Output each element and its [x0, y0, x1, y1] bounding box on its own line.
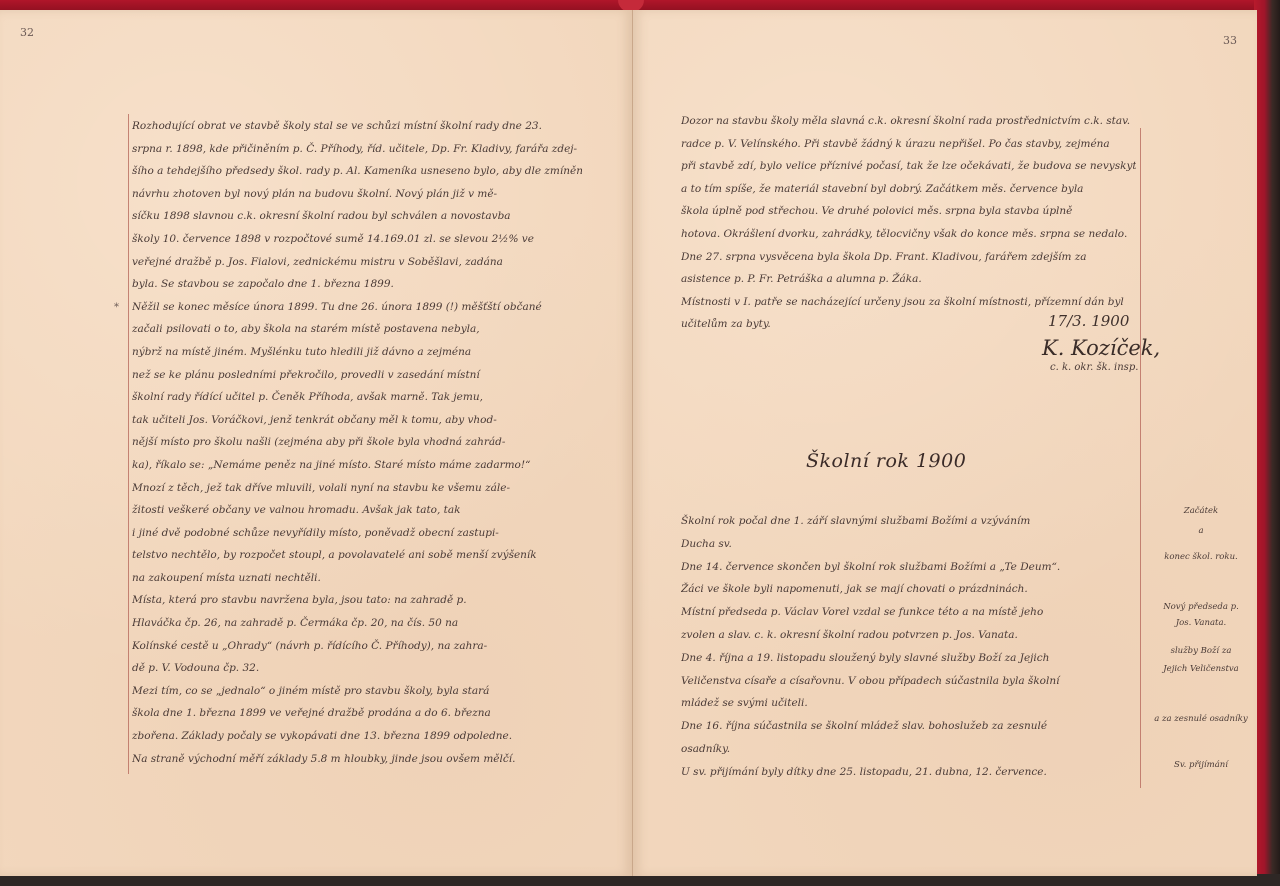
text-line: nýbrž na místě jiném. Myšlénku tuto hled… [132, 341, 582, 364]
signature-title: c. k. okr. šk. insp. [1050, 362, 1138, 373]
text-line: Mezi tím, co se „jednalo“ o jiném místě … [132, 680, 582, 703]
text-line: U sv. přijímání byly dítky dne 25. listo… [681, 761, 1136, 784]
text-line: školy 10. července 1898 v rozpočtové sum… [132, 228, 582, 251]
margin-note: Začátek [1146, 506, 1256, 516]
text-line: zvolen a slav. c. k. okresní školní rado… [681, 624, 1136, 647]
margin-note: Sv. přijímání [1146, 760, 1256, 770]
text-line: škola dne 1. března 1899 ve veřejné draž… [132, 702, 582, 725]
text-line: Rozhodující obrat ve stavbě školy stal s… [132, 115, 582, 138]
text-line: veřejné dražbě p. Jos. Fialovi, zednické… [132, 251, 582, 274]
text-line: Ducha sv. [681, 533, 1136, 556]
book-cover-right-edge [1254, 0, 1280, 886]
right-page-text-bottom: Školní rok počal dne 1. září slavnými sl… [681, 510, 1136, 784]
text-line: návrhu zhotoven byl nový plán na budovu … [132, 183, 582, 206]
text-line: i jiné dvě podobné schůze nevyřídily mís… [132, 522, 582, 545]
text-line: Hlaváčka čp. 26, na zahradě p. Čermáka č… [132, 612, 582, 635]
text-line: srpna r. 1898, kde přičiněním p. Č. Příh… [132, 138, 582, 161]
text-line: žitosti veškeré občany ve valnou hromadu… [132, 499, 582, 522]
margin-note: a [1146, 526, 1256, 536]
text-line: a to tím spíše, že materiál stavební byl… [681, 178, 1136, 201]
text-line: než se ke plánu posledními překročilo, p… [132, 364, 582, 387]
text-line: osadníky. [681, 738, 1136, 761]
margin-note: a za zesnulé osadníky [1146, 714, 1256, 724]
text-line: radce p. V. Velínského. Při stavbě žádný… [681, 133, 1136, 156]
right-page-text-top: Dozor na stavbu školy měla slavná c.k. o… [681, 110, 1136, 336]
right-page: 33 Dozor na stavbu školy měla slavná c.k… [633, 10, 1257, 876]
text-line: ka), říkalo se: „Nemáme peněz na jiné mí… [132, 454, 582, 477]
left-page-text: Rozhodující obrat ve stavbě školy stal s… [132, 115, 582, 770]
text-line: Místa, která pro stavbu navržena byla, j… [132, 589, 582, 612]
text-line: školní rady řídící učitel p. Čeněk Přího… [132, 386, 582, 409]
text-line: Místnosti v I. patře se nacházející urče… [681, 291, 1136, 314]
margin-note: konec škol. roku. [1146, 552, 1256, 562]
left-margin-rule [128, 114, 129, 774]
text-line: Dne 14. července skončen byl školní rok … [681, 556, 1136, 579]
text-line: byla. Se stavbou se započalo dne 1. břez… [132, 273, 582, 296]
page-number-left: 32 [20, 26, 34, 39]
text-line: síčku 1898 slavnou c.k. okresní školní r… [132, 205, 582, 228]
text-line: hotova. Okrášlení dvorku, zahrádky, tělo… [681, 223, 1136, 246]
text-line: dě p. V. Vodouna čp. 32. [132, 657, 582, 680]
text-line: šího a tehdejšího předsedy škol. rady p.… [132, 160, 582, 183]
margin-note: služby Boží za [1146, 646, 1256, 656]
text-line: na zakoupení místa uznati nechtěli. [132, 567, 582, 590]
text-line: mládež se svými učiteli. [681, 692, 1136, 715]
text-line: Na straně východní měří základy 5.8 m hl… [132, 748, 582, 771]
text-line: Žáci ve škole byli napomenuti, jak se ma… [681, 578, 1136, 601]
signature-name: K. Kozíček, [1042, 336, 1160, 360]
text-line: tak učiteli Jos. Voráčkovi, jenž tenkrát… [132, 409, 582, 432]
text-line: začali psilovati o to, aby škola na star… [132, 318, 582, 341]
signature-date: 17/3. 1900 [1048, 312, 1129, 330]
text-line: Něžil se konec měsíce února 1899. Tu dne… [132, 296, 582, 319]
text-line: Místní předseda p. Václav Vorel vzdal se… [681, 601, 1136, 624]
left-page: 32 * Rozhodující obrat ve stavbě školy s… [0, 10, 633, 876]
text-line: nější místo pro školu našli (zejména aby… [132, 431, 582, 454]
text-line: asistence p. P. Fr. Petráška a alumna p.… [681, 268, 1136, 291]
text-line: Dne 16. října súčastnila se školní mláde… [681, 715, 1136, 738]
text-line: telstvo nechtělo, by rozpočet stoupl, a … [132, 544, 582, 567]
text-line: Mnozí z těch, jež tak dříve mluvili, vol… [132, 477, 582, 500]
text-line: Školní rok počal dne 1. září slavnými sl… [681, 510, 1136, 533]
text-line: zbořena. Základy počaly se vykopávati dn… [132, 725, 582, 748]
text-line: Dozor na stavbu školy měla slavná c.k. o… [681, 110, 1136, 133]
text-line: škola úplně pod střechou. Ve druhé polov… [681, 200, 1136, 223]
right-margin-rule [1140, 128, 1141, 788]
margin-asterisk-mark: * [114, 302, 119, 313]
text-line: Veličenstva císaře a císařovnu. V obou p… [681, 670, 1136, 693]
text-line: Kolínské cestě u „Ohrady“ (návrh p. řídí… [132, 635, 582, 658]
section-heading: Školní rok 1900 [806, 450, 966, 472]
text-line: při stavbě zdí, bylo velice příznivé poč… [681, 155, 1136, 178]
text-line: Dne 4. října a 19. listopadu sloužený by… [681, 647, 1136, 670]
margin-note: Nový předseda p. [1146, 602, 1256, 612]
page-number-right: 33 [1223, 34, 1237, 47]
margin-note: Jejich Veličenstva [1146, 664, 1256, 674]
margin-note: Jos. Vanata. [1146, 618, 1256, 628]
text-line: Dne 27. srpna vysvěcena byla škola Dp. F… [681, 246, 1136, 269]
